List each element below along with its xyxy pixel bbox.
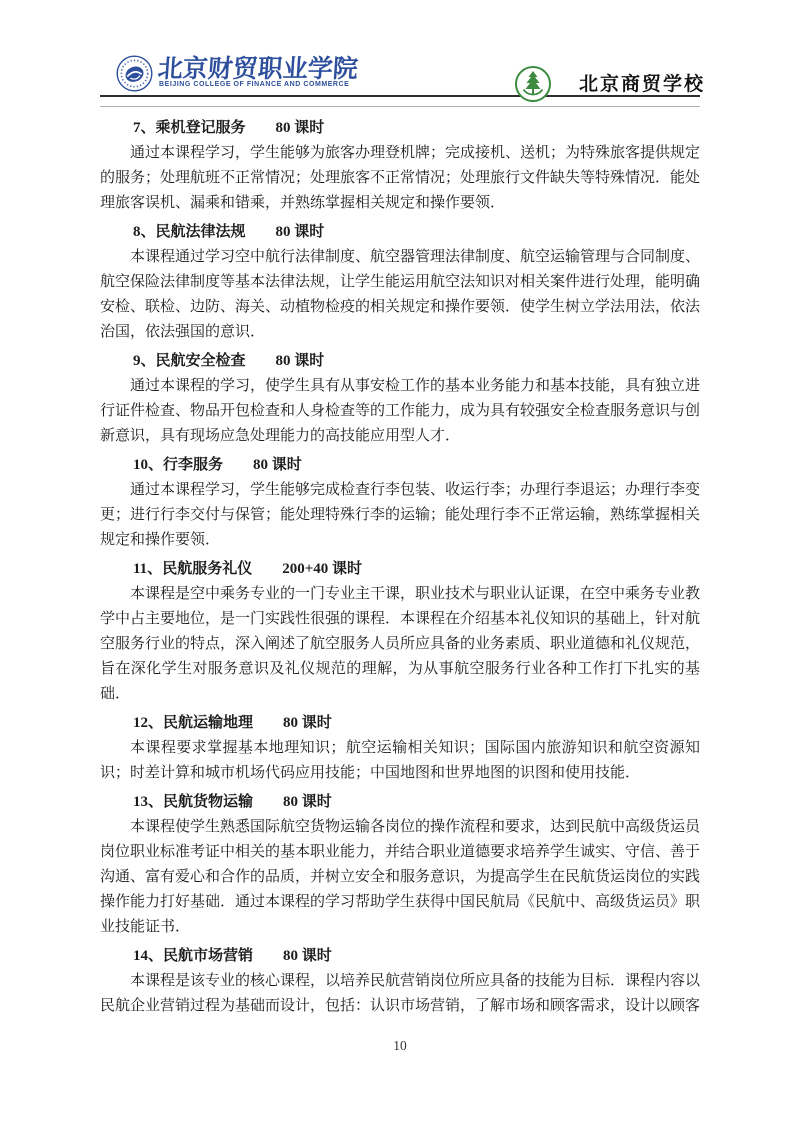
course-heading: 8、民航法律法规80 课时 — [100, 220, 700, 245]
course-description: 通过本课程学习，学生能够完成检查行李包装、收运行李；办理行李退运；办理行李变更；… — [100, 478, 700, 553]
page-header: 北京财贸职业学院 BEIJING COLLEGE OF FINANCE AND … — [100, 50, 700, 110]
school-name: 北京商贸学校 — [579, 69, 705, 96]
course-number: 7、 — [133, 120, 156, 136]
course-section-12: 12、民航运输地理80 课时 本课程要求掌握基本地理知识；航空运输相关知识；国际… — [100, 711, 700, 786]
college-name-cn: 北京财贸职业学院 — [157, 49, 360, 85]
page-number: 10 — [0, 1038, 800, 1054]
course-title: 行李服务 — [163, 457, 223, 473]
course-section-9: 9、民航安全检查80 课时 通过本课程的学习，使学生具有从事安检工作的基本业务能… — [100, 349, 700, 449]
course-hours: 200+40 课时 — [282, 561, 362, 577]
course-number: 10、 — [133, 457, 163, 473]
course-number: 8、 — [133, 224, 156, 240]
course-hours: 80 课时 — [276, 224, 325, 240]
course-description: 本课程通过学习空中航行法律制度、航空器管理法律制度、航空运输管理与合同制度、航空… — [100, 245, 700, 345]
course-section-11: 11、民航服务礼仪200+40 课时 本课程是空中乘务专业的一门专业主干课，职业… — [100, 557, 700, 707]
course-number: 12、 — [133, 715, 163, 731]
course-description: 通过本课程学习，学生能够为旅客办理登机牌；完成接机、送机；为特殊旅客提供规定的服… — [100, 141, 700, 216]
course-heading: 14、民航市场营销80 课时 — [100, 944, 700, 969]
header-rule-dark — [100, 95, 700, 97]
course-title: 民航市场营销 — [163, 948, 253, 964]
course-description: 本课程是该专业的核心课程，以培养民航营销岗位所应具备的技能为目标．课程内容以民航… — [100, 969, 700, 1019]
school-emblem-icon — [514, 65, 552, 103]
course-heading: 11、民航服务礼仪200+40 课时 — [100, 557, 700, 582]
course-description: 本课程是空中乘务专业的一门专业主干课，职业技术与职业认证课，在空中乘务专业教学中… — [100, 582, 700, 707]
course-hours: 80 课时 — [283, 948, 332, 964]
course-hours: 80 课时 — [283, 715, 332, 731]
course-hours: 80 课时 — [283, 794, 332, 810]
course-title: 民航服务礼仪 — [162, 561, 252, 577]
course-hours: 80 课时 — [276, 120, 325, 136]
course-number: 9、 — [133, 353, 156, 369]
header-rule-light — [100, 106, 700, 107]
course-title: 乘机登记服务 — [156, 120, 246, 136]
course-heading: 10、行李服务80 课时 — [100, 453, 700, 478]
course-heading: 7、乘机登记服务80 课时 — [100, 116, 700, 141]
course-title: 民航法律法规 — [156, 224, 246, 240]
course-number: 14、 — [133, 948, 163, 964]
course-description: 通过本课程的学习，使学生具有从事安检工作的基本业务能力和基本技能，具有独立进行证… — [100, 374, 700, 449]
course-list: 7、乘机登记服务80 课时 通过本课程学习，学生能够为旅客办理登机牌；完成接机、… — [100, 112, 700, 1019]
course-section-8: 8、民航法律法规80 课时 本课程通过学习空中航行法律制度、航空器管理法律制度、… — [100, 220, 700, 345]
course-description: 本课程使学生熟悉国际航空货物运输各岗位的操作流程和要求，达到民航中高级货运员岗位… — [100, 815, 700, 940]
course-title: 民航安全检查 — [156, 353, 246, 369]
course-title: 民航运输地理 — [163, 715, 253, 731]
course-section-7: 7、乘机登记服务80 课时 通过本课程学习，学生能够为旅客办理登机牌；完成接机、… — [100, 116, 700, 216]
course-hours: 80 课时 — [253, 457, 302, 473]
college-name-en: BEIJING COLLEGE OF FINANCE AND COMMERCE — [159, 81, 349, 88]
course-heading: 12、民航运输地理80 课时 — [100, 711, 700, 736]
course-title: 民航货物运输 — [163, 794, 253, 810]
course-number: 13、 — [133, 794, 163, 810]
course-number: 11、 — [133, 561, 162, 577]
college-emblem-icon — [116, 55, 153, 92]
course-section-14: 14、民航市场营销80 课时 本课程是该专业的核心课程，以培养民航营销岗位所应具… — [100, 944, 700, 1019]
course-section-10: 10、行李服务80 课时 通过本课程学习，学生能够完成检查行李包装、收运行李；办… — [100, 453, 700, 553]
course-description: 本课程要求掌握基本地理知识；航空运输相关知识；国际国内旅游知识和航空资源知识；时… — [100, 736, 700, 786]
course-hours: 80 课时 — [276, 353, 325, 369]
document-page: 北京财贸职业学院 BEIJING COLLEGE OF FINANCE AND … — [0, 0, 800, 1131]
course-heading: 13、民航货物运输80 课时 — [100, 790, 700, 815]
course-section-13: 13、民航货物运输80 课时 本课程使学生熟悉国际航空货物运输各岗位的操作流程和… — [100, 790, 700, 940]
course-heading: 9、民航安全检查80 课时 — [100, 349, 700, 374]
